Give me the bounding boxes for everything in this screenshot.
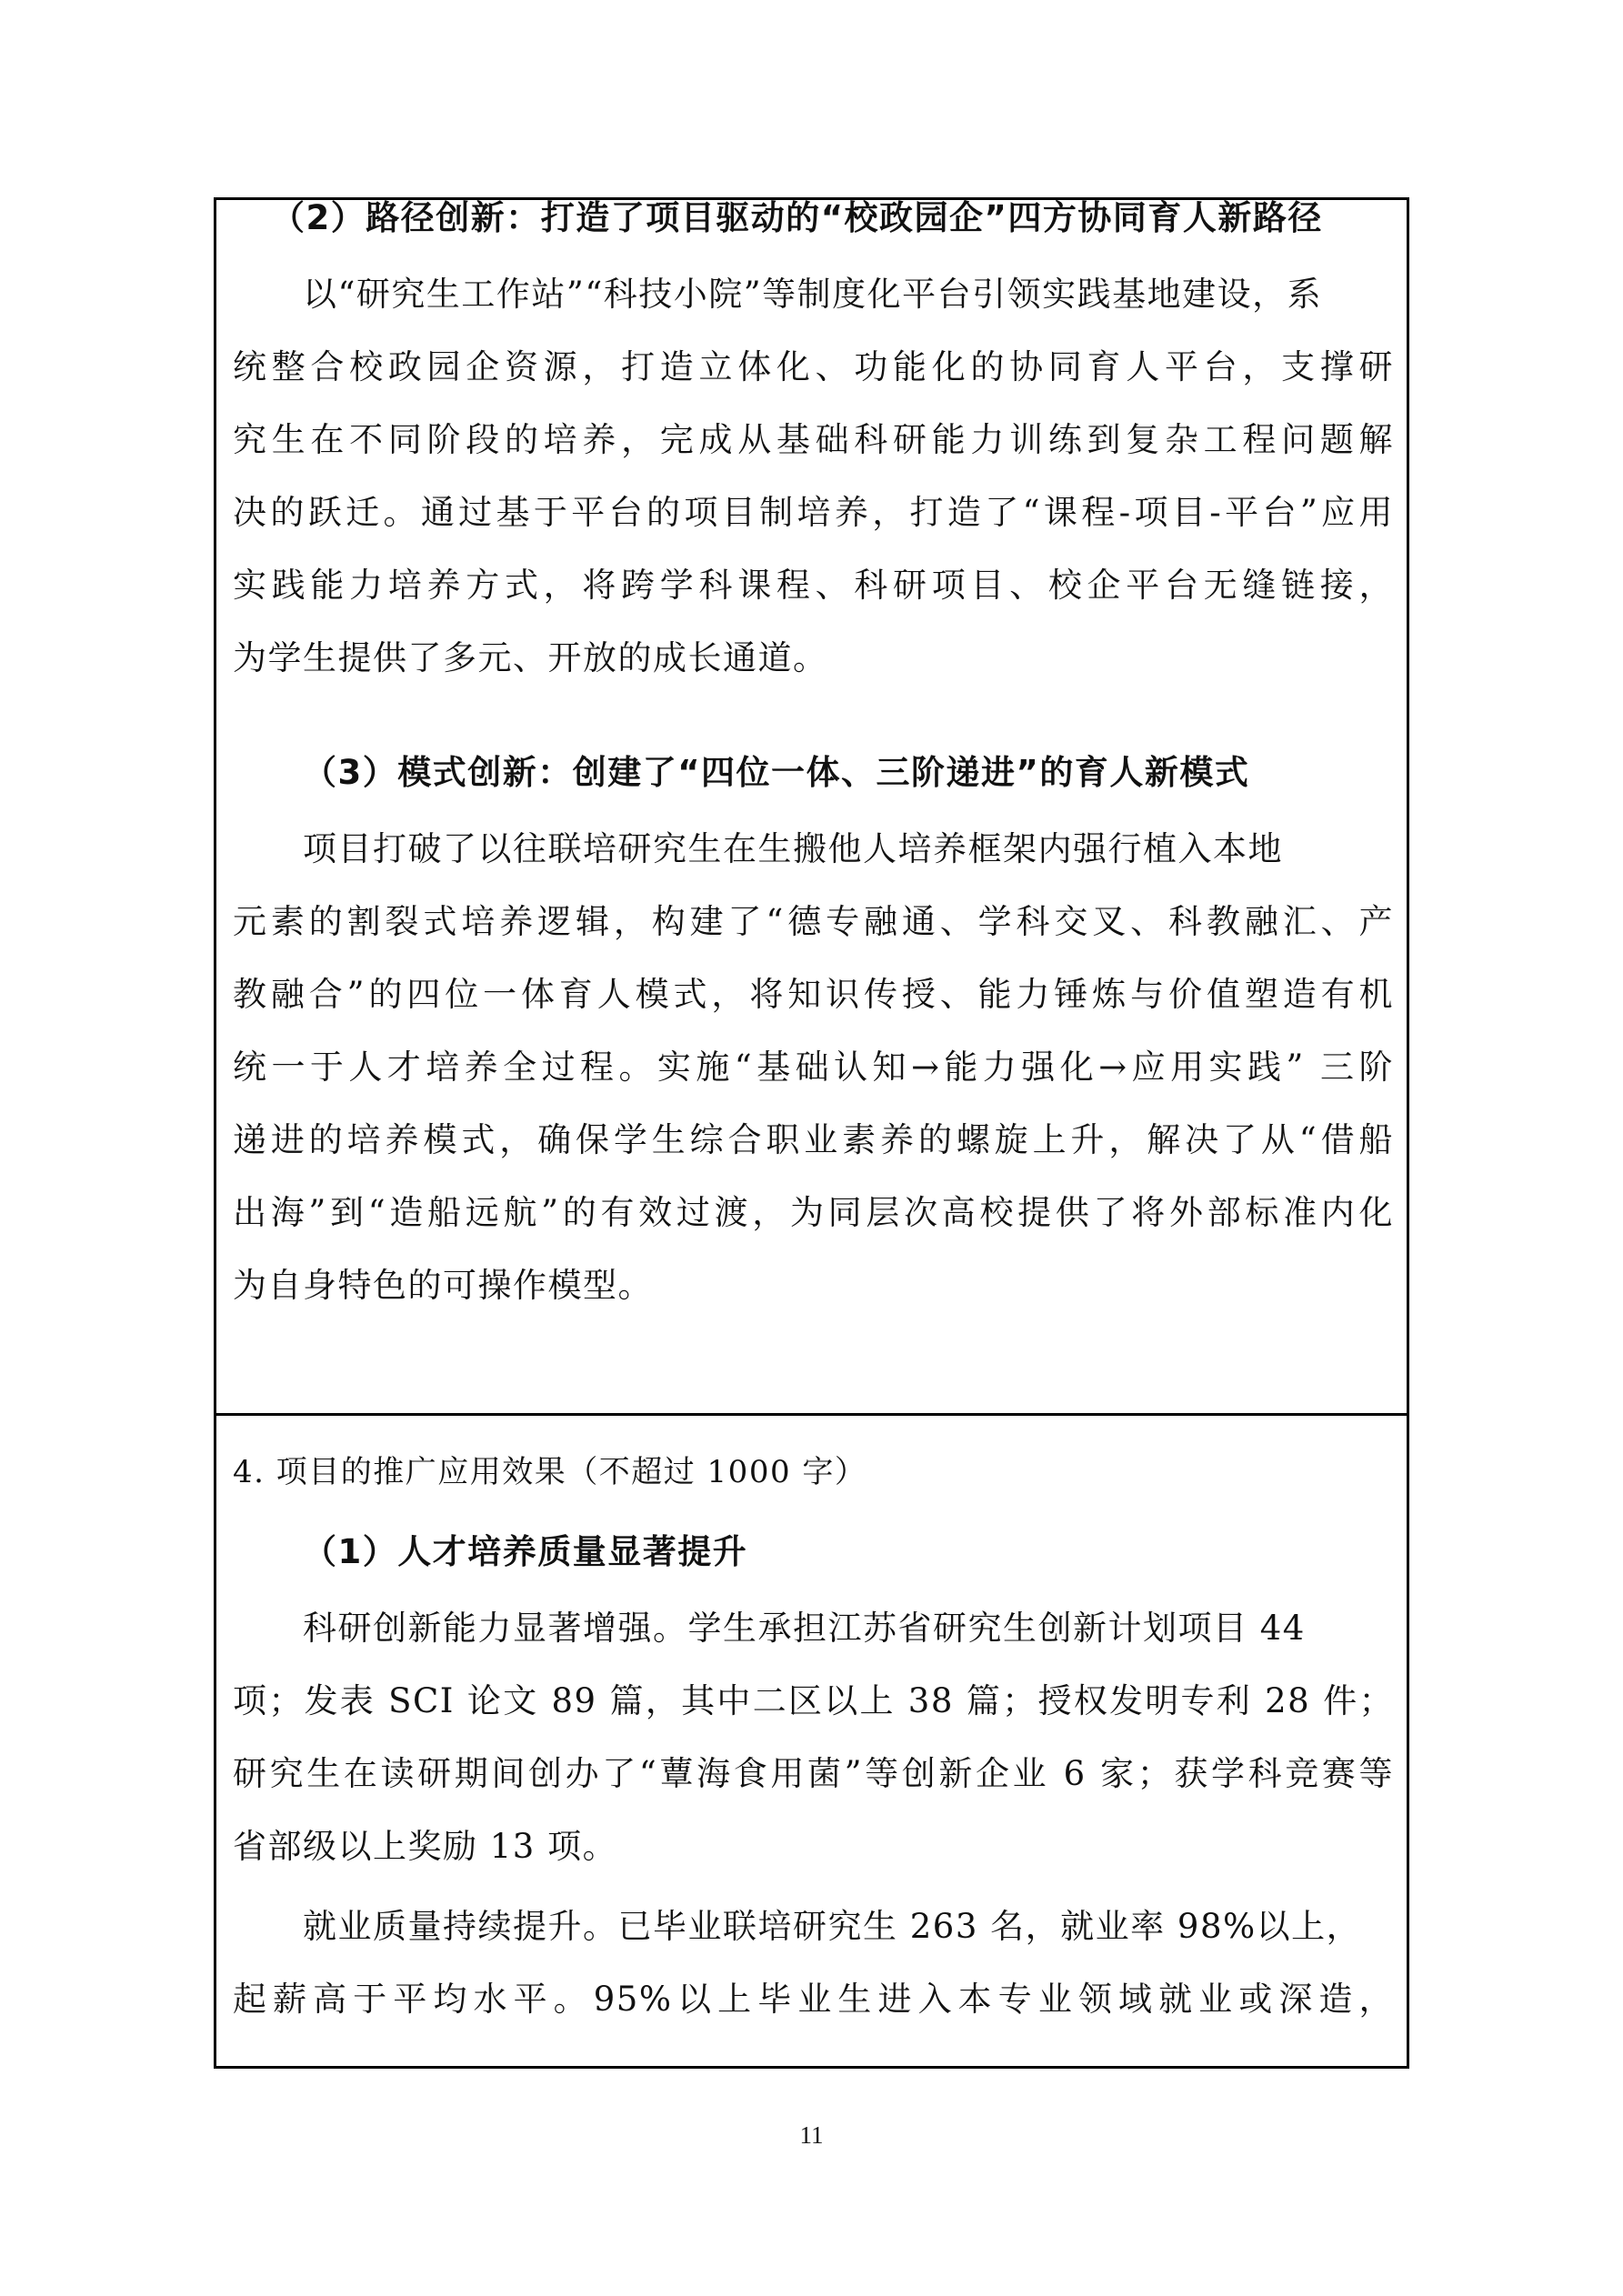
paragraph-line: 元素的割裂式培养逻辑，构建了“德专融通、学科交叉、科教融汇、产 <box>233 902 1394 942</box>
paragraph-line: 就业质量持续提升。已毕业联培研究生 263 名，就业率 98%以上， <box>303 1907 1394 1947</box>
paragraph-line: 统整合校政园企资源，打造立体化、功能化的协同育人平台，支撑研 <box>233 347 1394 387</box>
paragraph-line: 统一于人才培养全过程。实施“基础认知→能力强化→应用实践” 三阶 <box>233 1048 1394 1088</box>
page-number: 11 <box>0 2121 1623 2150</box>
section-heading-path-innovation: （2）路径创新：打造了项目驱动的“校政园企”四方协同育人新路径 <box>271 198 1394 238</box>
paragraph-line: 决的跃迁。通过基于平台的项目制培养，打造了“课程-项目-平台”应用 <box>233 493 1394 533</box>
content-table: （2）路径创新：打造了项目驱动的“校政园企”四方协同育人新路径 以“研究生工作站… <box>214 197 1409 2069</box>
paragraph-line: 项目打破了以往联培研究生在生搬他人培养框架内强行植入本地 <box>303 829 1394 869</box>
paragraph-line: 递进的培养模式，确保学生综合职业素养的螺旋上升，解决了从“借船 <box>233 1120 1394 1160</box>
paragraph-line: 省部级以上奖励 13 项。 <box>233 1827 1394 1867</box>
table-row-application-effects: 4. 项目的推广应用效果（不超过 1000 字） （1）人才培养质量显著提升 科… <box>216 1413 1407 2066</box>
paragraph-line: 究生在不同阶段的培养，完成从基础科研能力训练到复杂工程问题解 <box>233 420 1394 460</box>
paragraph-line: 科研创新能力显著增强。学生承担江苏省研究生创新计划项目 44 <box>303 1609 1394 1649</box>
paragraph-line: 教融合”的四位一体育人模式，将知识传授、能力锤炼与价值塑造有机 <box>233 975 1394 1015</box>
paragraph-line: 出海”到“造船远航”的有效过渡，为同层次高校提供了将外部标准内化 <box>233 1193 1394 1233</box>
section-heading-mode-innovation: （3）模式创新：创建了“四位一体、三阶递进”的育人新模式 <box>303 753 1394 793</box>
part-title: 4. 项目的推广应用效果（不超过 1000 字） <box>233 1452 1394 1492</box>
paragraph-line: 以“研究生工作站”“科技小院”等制度化平台引领实践基地建设，系 <box>303 275 1394 315</box>
paragraph-line: 研究生在读研期间创办了“蕈海食用菌”等创新企业 6 家；获学科竞赛等 <box>233 1754 1394 1794</box>
paragraph-line: 项；发表 SCI 论文 89 篇，其中二区以上 38 篇；授权发明专利 28 件… <box>233 1681 1394 1721</box>
paragraph-line: 实践能力培养方式，将跨学科课程、科研项目、校企平台无缝链接， <box>233 566 1394 606</box>
paragraph-line: 为学生提供了多元、开放的成长通道。 <box>233 638 1394 678</box>
paragraph-line: 起薪高于平均水平。95%以上毕业生进入本专业领域就业或深造， <box>233 1980 1394 2020</box>
paragraph-line: 为自身特色的可操作模型。 <box>233 1266 1394 1306</box>
subsection-heading-talent-quality: （1）人才培养质量显著提升 <box>303 1532 1394 1572</box>
table-row-innovations: （2）路径创新：打造了项目驱动的“校政园企”四方协同育人新路径 以“研究生工作站… <box>216 200 1407 1413</box>
